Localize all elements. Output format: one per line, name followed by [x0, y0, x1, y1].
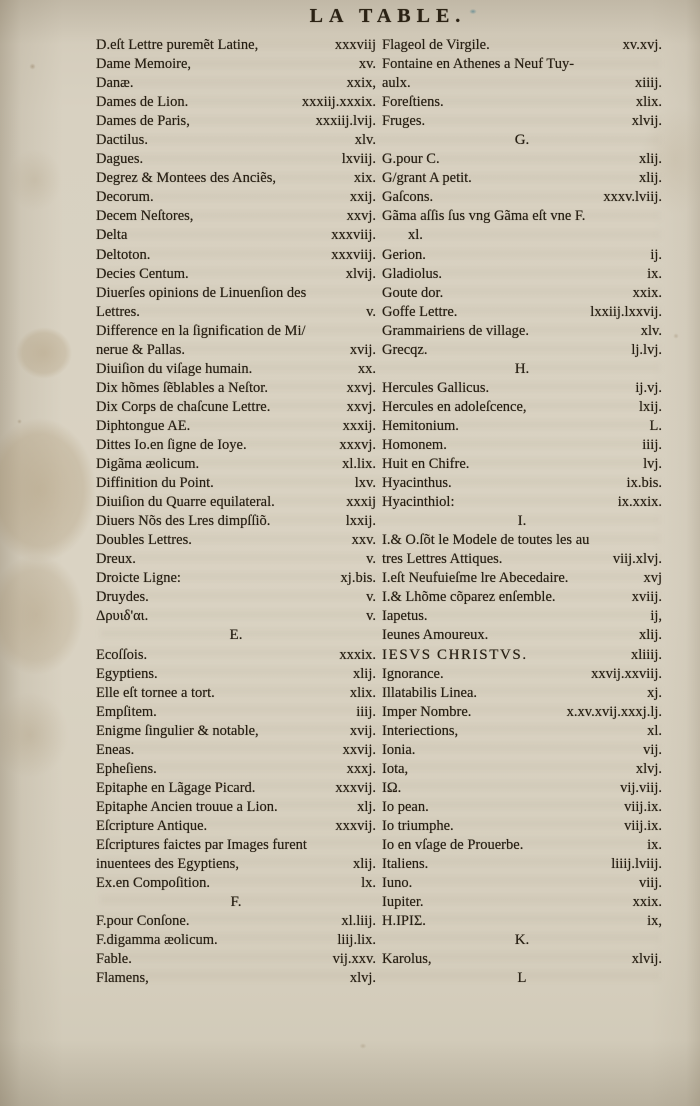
entry-text: Goute dor. — [382, 284, 443, 303]
index-entry: Karolus,xlvij. — [382, 950, 662, 969]
entry-page-ref: xxvij. — [338, 741, 376, 760]
entry-text: Deltoton. — [96, 246, 150, 265]
entry-page-ref: xxvj. — [342, 207, 376, 226]
entry-text: Ignorance. — [382, 665, 444, 684]
entry-text: Dix Corps de chaſcune Lettre. — [96, 398, 270, 417]
entry-page-ref: v. — [361, 588, 376, 607]
entry-text: Gladiolus. — [382, 265, 442, 284]
entry-page-ref: viij.ix. — [619, 817, 662, 836]
entry-page-ref: xlvij. — [627, 950, 662, 969]
index-entry: Epitaphe Ancien trouue a Lion.xlj. — [96, 798, 376, 817]
index-entry: Fable.vij.xxv. — [96, 950, 376, 969]
entry-text: Delta — [96, 226, 127, 245]
entry-text: Lettres. — [96, 303, 140, 322]
entry-page-ref: xv. — [354, 55, 376, 74]
index-entry: Doubles Lettres.xxv. — [96, 531, 376, 550]
section-heading: K. — [382, 931, 662, 950]
index-entry: Egyptiens.xlij. — [96, 665, 376, 684]
entry-text: IΩ. — [382, 779, 401, 798]
entry-page-ref: xiiij. — [630, 74, 662, 93]
section-heading: F. — [96, 893, 376, 912]
entry-text: Gerion. — [382, 246, 426, 265]
index-entry: Ignorance.xxvij.xxviij. — [382, 665, 662, 684]
index-entry: Enigme ſingulier & notable,xvij. — [96, 722, 376, 741]
index-entry: Difference en la ſignification de Mi/ — [96, 322, 376, 341]
entry-text: Interiections, — [382, 722, 458, 741]
index-entry: Ex.en Compoſition.lx. — [96, 874, 376, 893]
entry-text: IESVS CHRISTVS. — [382, 646, 528, 665]
section-letter: I. — [518, 512, 527, 531]
entry-text: Huit en Chifre. — [382, 455, 469, 474]
entry-text: Eſcriptures faictes par Images furent — [96, 836, 307, 855]
entry-page-ref: liij.lix. — [332, 931, 376, 950]
entry-page-ref: L. — [645, 417, 662, 436]
entry-text: Diphtongue AE. — [96, 417, 190, 436]
section-heading: I. — [382, 512, 662, 531]
entry-text: Egyptiens. — [96, 665, 158, 684]
entry-page-ref: xxxij — [341, 493, 376, 512]
entry-page-ref: xxix. — [628, 893, 662, 912]
entry-page-ref: xvij. — [345, 341, 376, 360]
entry-text: Empſitem. — [96, 703, 157, 722]
index-entry: Dittes Io.en ſigne de Ioye.xxxvj. — [96, 436, 376, 455]
entry-text: Diuerſes opinions de Linuenſion des — [96, 284, 306, 303]
entry-page-ref: xxix, — [342, 74, 376, 93]
index-entry: Diuers Nõs des Lres dimpſſiõ.lxxij. — [96, 512, 376, 531]
index-entry: G.pour C.xlij. — [382, 150, 662, 169]
index-entry: Diffinition du Point.lxv. — [96, 474, 376, 493]
index-entry: Ieunes Amoureux.xlij. — [382, 626, 662, 645]
index-entry: Grecqz.lj.lvj. — [382, 341, 662, 360]
section-heading: E. — [96, 626, 376, 645]
index-entry: F.digamma æolicum.liij.lix. — [96, 931, 376, 950]
index-entry: Droicte Ligne:xj.bis. — [96, 569, 376, 588]
entry-text: Flageol de Virgile. — [382, 36, 490, 55]
entry-text: Elle eſt tornee a tort. — [96, 684, 215, 703]
index-entry: Imper Nombre.x.xv.xvij.xxxj.lj. — [382, 703, 662, 722]
entry-page-ref: xxxviij — [330, 36, 376, 55]
index-entry: G/grant A petit.xlij. — [382, 169, 662, 188]
entry-text: Hercules en adoleſcence, — [382, 398, 527, 417]
entry-page-ref: xlvij. — [627, 112, 662, 131]
section-letter: H. — [515, 360, 530, 379]
entry-page-ref: xxxiij.lvij. — [311, 112, 376, 131]
entry-continuation: tres Lettres Attiques.viij.xlvj. — [382, 550, 662, 569]
entry-text: Fruges. — [382, 112, 425, 131]
entry-text: Decem Neſtores, — [96, 207, 193, 226]
entry-text: nerue & Pallas. — [96, 341, 185, 360]
entry-text: Karolus, — [382, 950, 432, 969]
entry-page-ref: ix. — [642, 836, 662, 855]
index-entry: H.ΙΡΙΣ.ix, — [382, 912, 662, 931]
index-entry: F.pour Conſone.xl.liij. — [96, 912, 376, 931]
entry-page-ref: xlij. — [634, 169, 662, 188]
entry-text: Dagues. — [96, 150, 143, 169]
index-entry: Decies Centum.xlvij. — [96, 265, 376, 284]
entry-page-ref: ij.vj. — [630, 379, 662, 398]
entry-text: Droicte Ligne: — [96, 569, 181, 588]
entry-page-ref: xviij. — [627, 588, 662, 607]
entry-text: Flamens, — [96, 969, 149, 988]
index-entry: Iapetus.ij, — [382, 607, 662, 626]
index-entry: Hemitonium.L. — [382, 417, 662, 436]
entry-page-ref: xl. — [642, 722, 662, 741]
index-entry: Druydes.v. — [96, 588, 376, 607]
entry-text: inuentees des Egyptiens, — [96, 855, 239, 874]
index-entry: Ecoſſois.xxxix. — [96, 646, 376, 665]
entry-text: Epitaphe Ancien trouue a Lion. — [96, 798, 278, 817]
entry-continuation: inuentees des Egyptiens,xlij. — [96, 855, 376, 874]
section-heading: G. — [382, 131, 662, 150]
entry-text: Hyacinthiol: — [382, 493, 455, 512]
left-column: D.eſt Lettre puremẽt Latine,xxxviijDame … — [96, 36, 376, 988]
entry-text: Hyacinthus. — [382, 474, 452, 493]
page-content: LA TABLE. D.eſt Lettre puremẽt Latine,xx… — [96, 5, 662, 988]
entry-text: Fable. — [96, 950, 132, 969]
right-column: Flageol de Virgile.xv.xvj.Fontaine en At… — [382, 36, 662, 988]
index-entry: Goffe Lettre.lxxiij.lxxvij. — [382, 303, 662, 322]
index-entry: Diphtongue AE.xxxij. — [96, 417, 376, 436]
entry-page-ref: xlvij. — [341, 265, 376, 284]
entry-page-ref: x.xv.xvij.xxxj.lj. — [562, 703, 662, 722]
entry-page-ref: v. — [361, 550, 376, 569]
index-entry: Io pean.viij.ix. — [382, 798, 662, 817]
index-entry: Dix Corps de chaſcune Lettre.xxvj. — [96, 398, 376, 417]
entry-page-ref: iiij. — [637, 436, 662, 455]
entry-continuation: Lettres.v. — [96, 303, 376, 322]
entry-text: Hercules Gallicus. — [382, 379, 489, 398]
entry-page-ref: xl.lix. — [337, 455, 376, 474]
entry-text: I.& Lhõme cõparez enſemble. — [382, 588, 556, 607]
index-entry: Digãma æolicum.xl.lix. — [96, 455, 376, 474]
entry-page-ref: xxxvj. — [334, 436, 376, 455]
entry-page-ref: xix. — [349, 169, 376, 188]
entry-page-ref: viij.xlvj. — [608, 550, 662, 569]
entry-page-ref: lx. — [356, 874, 376, 893]
entry-page-ref: xlv. — [636, 322, 662, 341]
index-entry: Flamens,xlvj. — [96, 969, 376, 988]
entry-text: Dreux. — [96, 550, 136, 569]
index-entry: Diuerſes opinions de Linuenſion des — [96, 284, 376, 303]
section-letter: F. — [231, 893, 242, 912]
index-entry: Deltoton.xxxviij. — [96, 246, 376, 265]
entry-page-ref: xlij. — [348, 665, 376, 684]
index-entry: Foreſtiens.xlix. — [382, 93, 662, 112]
section-letter: K. — [515, 931, 530, 950]
index-entry: Dame Memoire,xv. — [96, 55, 376, 74]
entry-text: Ionia. — [382, 741, 415, 760]
entry-page-ref: xlix. — [345, 684, 376, 703]
index-entry: D.eſt Lettre puremẽt Latine,xxxviij — [96, 36, 376, 55]
entry-text: Diffinition du Point. — [96, 474, 214, 493]
entry-page-ref: xlix. — [631, 93, 662, 112]
entry-text: Enigme ſingulier & notable, — [96, 722, 259, 741]
entry-page-ref: vij.xxv. — [328, 950, 376, 969]
index-entry: Dames de Lion.xxxiij.xxxix. — [96, 93, 376, 112]
index-entry: Iuno.viij. — [382, 874, 662, 893]
entry-text: Epitaphe en Lãgage Picard. — [96, 779, 255, 798]
entry-text: Homonem. — [382, 436, 447, 455]
index-entry: Degrez & Montees des Anciẽs,xix. — [96, 169, 376, 188]
index-entry: Decem Neſtores,xxvj. — [96, 207, 376, 226]
index-entry: Dix hõmes ſẽblables a Neſtor.xxvj. — [96, 379, 376, 398]
index-entry: I.& O.ſõt le Modele de toutes les au — [382, 531, 662, 550]
section-heading: L — [382, 969, 662, 988]
index-entry: Gaſcons.xxxv.lviij. — [382, 188, 662, 207]
entry-page-ref: xxxvij. — [330, 817, 376, 836]
entry-text: Imper Nombre. — [382, 703, 471, 722]
entry-page-ref: xxxviij. — [326, 226, 376, 245]
entry-text: Degrez & Montees des Anciẽs, — [96, 169, 276, 188]
entry-text: Danæ. — [96, 74, 133, 93]
index-entry: Hyacinthus.ix.bis. — [382, 474, 662, 493]
entry-text: Dittes Io.en ſigne de Ioye. — [96, 436, 247, 455]
entry-page-ref: xxix. — [628, 284, 662, 303]
index-entry: IESVS CHRISTVS.xliiij. — [382, 646, 662, 665]
entry-text: Grammairiens de village. — [382, 322, 529, 341]
index-entry: Fruges.xlvij. — [382, 112, 662, 131]
entry-page-ref: xvij. — [345, 722, 376, 741]
entry-text: Diuiſion du viſage humain. — [96, 360, 252, 379]
entry-page-ref: xxvj. — [342, 379, 376, 398]
entry-page-ref: lxv. — [350, 474, 376, 493]
section-letter: E. — [230, 626, 243, 645]
entry-page-ref: ij, — [645, 607, 662, 626]
entry-page-ref: ix, — [642, 912, 662, 931]
entry-text: Eneas. — [96, 741, 134, 760]
entry-page-ref: xxxij. — [338, 417, 376, 436]
entry-page-ref: lxviij. — [337, 150, 376, 169]
entry-page-ref: xxvj. — [342, 398, 376, 417]
entry-text: Foreſtiens. — [382, 93, 444, 112]
entry-page-ref: lxxiij.lxxvij. — [585, 303, 662, 322]
entry-page-ref: xxvij.xxviij. — [586, 665, 662, 684]
entry-page-ref: xlij. — [634, 626, 662, 645]
entry-text: Io en vſage de Prouerbe. — [382, 836, 523, 855]
index-entry: Gladiolus.ix. — [382, 265, 662, 284]
index-entry: Gãma aſſis ſus vng Gãma eſt vne F. — [382, 207, 662, 226]
entry-page-ref: xx. — [353, 360, 376, 379]
index-entry: Diuiſion du Quarre equilateral.xxxij — [96, 493, 376, 512]
entry-page-ref: viij. — [634, 874, 662, 893]
entry-page-ref: lvj. — [638, 455, 662, 474]
index-entry: Io triumphe.viij.ix. — [382, 817, 662, 836]
index-entry: Eſcriptures faictes par Images furent — [96, 836, 376, 855]
entry-text: I.eſt Neufuieſme lre Abecedaire. — [382, 569, 568, 588]
section-heading: H. — [382, 360, 662, 379]
entry-page-ref: liiij.lviij. — [606, 855, 662, 874]
entry-text: Dames de Lion. — [96, 93, 188, 112]
entry-text: Iuno. — [382, 874, 412, 893]
entry-text: Diuers Nõs des Lres dimpſſiõ. — [96, 512, 270, 531]
section-letter: L — [517, 969, 526, 988]
index-entry: Huit en Chifre.lvj. — [382, 455, 662, 474]
entry-page-ref: xlvj. — [631, 760, 662, 779]
index-entry: Grammairiens de village.xlv. — [382, 322, 662, 341]
index-entry: Gerion.ij. — [382, 246, 662, 265]
entry-text: Grecqz. — [382, 341, 427, 360]
entry-page-ref: xv.xvj. — [618, 36, 662, 55]
entry-page-ref: iiij. — [351, 703, 376, 722]
index-entry: I.& Lhõme cõparez enſemble.xviij. — [382, 588, 662, 607]
index-entry: Iupiter.xxix. — [382, 893, 662, 912]
entry-page-ref: xxxix. — [334, 646, 376, 665]
entry-text: Io pean. — [382, 798, 429, 817]
entry-text: Gaſcons. — [382, 188, 433, 207]
entry-text: Dactilus. — [96, 131, 148, 150]
entry-text: Δρυιδ'αι. — [96, 607, 148, 626]
entry-text: I.& O.ſõt le Modele de toutes les au — [382, 531, 589, 550]
index-entry: Flageol de Virgile.xv.xvj. — [382, 36, 662, 55]
index-entry: Hyacinthiol:ix.xxix. — [382, 493, 662, 512]
index-entry: Empſitem.iiij. — [96, 703, 376, 722]
entry-page-ref: ix.bis. — [622, 474, 662, 493]
entry-text: xl. — [408, 226, 423, 245]
entry-text: G.pour C. — [382, 150, 440, 169]
index-entry: Hercules Gallicus.ij.vj. — [382, 379, 662, 398]
entry-page-ref: v. — [361, 303, 376, 322]
entry-text: Iota, — [382, 760, 408, 779]
entry-text: Dix hõmes ſẽblables a Neſtor. — [96, 379, 268, 398]
entry-text: F.digamma æolicum. — [96, 931, 218, 950]
entry-text: Iupiter. — [382, 893, 423, 912]
entry-page-ref: ix. — [642, 265, 662, 284]
index-entry: Eneas.xxvij. — [96, 741, 376, 760]
index-entry: Io en vſage de Prouerbe.ix. — [382, 836, 662, 855]
index-entry: Illatabilis Linea.xj. — [382, 684, 662, 703]
entry-page-ref: xlv. — [350, 131, 376, 150]
index-entry: Dagues.lxviij. — [96, 150, 376, 169]
entry-text: Digãma æolicum. — [96, 455, 199, 474]
entry-text: tres Lettres Attiques. — [382, 550, 502, 569]
entry-text: Ecoſſois. — [96, 646, 147, 665]
entry-text: Italiens. — [382, 855, 428, 874]
entry-page-ref: viij.ix. — [619, 798, 662, 817]
index-entry: Italiens.liiij.lviij. — [382, 855, 662, 874]
entry-text: Hemitonium. — [382, 417, 459, 436]
index-entry: Eſcripture Antique.xxxvij. — [96, 817, 376, 836]
index-entry: Dames de Paris,xxxiij.lvij. — [96, 112, 376, 131]
entry-page-ref: vij.viij. — [615, 779, 662, 798]
entry-text: Doubles Lettres. — [96, 531, 192, 550]
entry-text: Ieunes Amoureux. — [382, 626, 488, 645]
entry-text: Druydes. — [96, 588, 149, 607]
entry-page-ref: xlij. — [348, 855, 376, 874]
entry-page-ref: xxij. — [345, 188, 376, 207]
index-entry: Goute dor.xxix. — [382, 284, 662, 303]
entry-page-ref: xlj. — [352, 798, 376, 817]
entry-text: Difference en la ſignification de Mi/ — [96, 322, 306, 341]
entry-page-ref: xxv. — [347, 531, 376, 550]
index-entry: Diuiſion du viſage humain.xx. — [96, 360, 376, 379]
entry-page-ref: xxxviij. — [326, 246, 376, 265]
entry-continuation: nerue & Pallas.xvij. — [96, 341, 376, 360]
entry-page-ref: lxxij. — [341, 512, 376, 531]
entry-text: Io triumphe. — [382, 817, 454, 836]
entry-text: Decies Centum. — [96, 265, 189, 284]
entry-text: Iapetus. — [382, 607, 428, 626]
entry-continuation: xl. — [382, 226, 662, 245]
entry-page-ref: xliiij. — [626, 646, 662, 665]
entry-page-ref: xlij. — [634, 150, 662, 169]
entry-text: Epheſiens. — [96, 760, 157, 779]
entry-text: H.ΙΡΙΣ. — [382, 912, 426, 931]
entry-text: Diuiſion du Quarre equilateral. — [96, 493, 275, 512]
index-entry: Homonem.iiij. — [382, 436, 662, 455]
entry-text: Dames de Paris, — [96, 112, 190, 131]
entry-page-ref: xxxvij. — [330, 779, 376, 798]
entry-page-ref: lj.lvj. — [626, 341, 662, 360]
index-entry: Deltaxxxviij. — [96, 226, 376, 245]
entry-page-ref: ix.xxix. — [613, 493, 662, 512]
index-entry: Dreux.v. — [96, 550, 376, 569]
entry-page-ref: xxxiij.xxxix. — [297, 93, 376, 112]
index-entry: IΩ.vij.viij. — [382, 779, 662, 798]
index-entry: Ionia.vij. — [382, 741, 662, 760]
index-entry: Epheſiens.xxxj. — [96, 760, 376, 779]
entry-page-ref: xvj — [638, 569, 662, 588]
entry-page-ref: v. — [361, 607, 376, 626]
entry-text: G/grant A petit. — [382, 169, 472, 188]
entry-text: Eſcripture Antique. — [96, 817, 207, 836]
entry-text: Gãma aſſis ſus vng Gãma eſt vne F. — [382, 207, 585, 226]
entry-page-ref: lxij. — [634, 398, 662, 417]
entry-text: Fontaine en Athenes a Neuf Tuy- — [382, 55, 574, 74]
entry-text: Dame Memoire, — [96, 55, 191, 74]
entry-text: aulx. — [382, 74, 411, 93]
entry-page-ref: xxxv.lviij. — [598, 188, 662, 207]
page-title: LA TABLE. — [114, 5, 662, 28]
entry-text: Illatabilis Linea. — [382, 684, 477, 703]
index-entry: Elle eſt tornee a tort.xlix. — [96, 684, 376, 703]
entry-text: F.pour Conſone. — [96, 912, 190, 931]
entry-page-ref: xxxj. — [342, 760, 376, 779]
entry-page-ref: ij. — [645, 246, 662, 265]
index-entry: Interiections,xl. — [382, 722, 662, 741]
index-entry: Danæ.xxix, — [96, 74, 376, 93]
entry-continuation: aulx.xiiij. — [382, 74, 662, 93]
entry-text: Goffe Lettre. — [382, 303, 457, 322]
index-entry: Δρυιδ'αι.v. — [96, 607, 376, 626]
index-entry: I.eſt Neufuieſme lre Abecedaire.xvj — [382, 569, 662, 588]
entry-page-ref: xj.bis. — [336, 569, 376, 588]
entry-page-ref: xj. — [642, 684, 662, 703]
entry-page-ref: xl.liij. — [336, 912, 376, 931]
index-entry: Dactilus.xlv. — [96, 131, 376, 150]
index-columns: D.eſt Lettre puremẽt Latine,xxxviijDame … — [96, 36, 662, 988]
entry-page-ref: xlvj. — [345, 969, 376, 988]
index-entry: Epitaphe en Lãgage Picard.xxxvij. — [96, 779, 376, 798]
index-entry: Hercules en adoleſcence,lxij. — [382, 398, 662, 417]
entry-text: Decorum. — [96, 188, 154, 207]
entry-page-ref: vij. — [638, 741, 662, 760]
index-entry: Decorum.xxij. — [96, 188, 376, 207]
entry-text: D.eſt Lettre puremẽt Latine, — [96, 36, 258, 55]
index-entry: Fontaine en Athenes a Neuf Tuy- — [382, 55, 662, 74]
entry-text: Ex.en Compoſition. — [96, 874, 210, 893]
section-letter: G. — [515, 131, 530, 150]
index-entry: Iota,xlvj. — [382, 760, 662, 779]
